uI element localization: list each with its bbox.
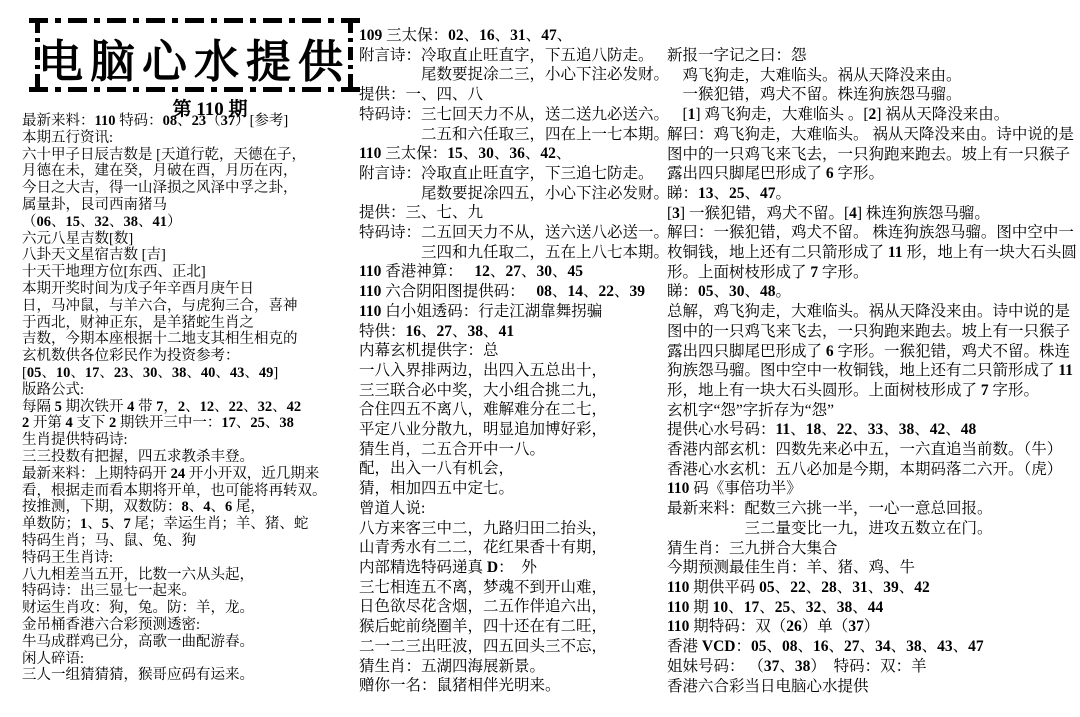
text-line: 狗族怨马骝。图中空中一枚铜钱，地上还有二只箭形成了 11 xyxy=(667,361,1077,381)
column-right: 新报一字记之曰：怨 鸡飞狗走，大难临头。祸从天降没来由。 一猴犯错，鸡犬不留。株… xyxy=(667,46,1077,696)
text-line: 十天干地理方位[东西、正北] xyxy=(22,264,360,281)
text-line: 睇：13、25、47。 xyxy=(667,184,1077,204)
text-line: 特码生肖；马、鼠、兔、狗 xyxy=(22,533,360,550)
text-line: 最新来料：配数三六挑一半，一心一意总回报。 xyxy=(667,499,1077,519)
text-line: 一猴犯错，鸡犬不留。株连狗族怨马骝。 xyxy=(667,85,1077,105)
text-line: 猜生肖，二五合开中一八。 xyxy=(359,440,667,460)
text-line: 最新来料：上期特码开 24 开小开双，近几期来 xyxy=(22,466,360,483)
lottery-tip-sheet-page: 电脑心水提供 第 110 期 最新来料：110 特码：08、23（37）[参考]… xyxy=(0,0,1080,717)
text-line: 图中的一只鸡飞来飞去，一只狗跑来跑去。坡上有一只猴子 xyxy=(667,322,1077,342)
text-line: 110 六合阴阳图提供码： 08、14、22、39 xyxy=(359,282,667,302)
text-line: 生肖提供特码诗: xyxy=(22,432,360,449)
text-line: 110 期供平码 05、22、28、31、39、42 xyxy=(667,578,1077,598)
text-line: 日色欲尽花含烟，二五作伴追六出， xyxy=(359,597,667,617)
text-line: 特码诗：出三显七一起来。 xyxy=(22,583,360,600)
text-line: 露出四只脚尾巴形成了 6 字形。 xyxy=(667,164,1077,184)
text-line: 解曰：一猴犯错，鸡犬不留。 株连狗族怨马骝。图中空中一 xyxy=(667,223,1077,243)
text-line: 猜生肖：五湖四海展新景。 xyxy=(359,657,667,677)
text-line: 今日之大吉，得一山泽损之风泽中孚之卦， xyxy=(22,180,360,197)
text-line: 110 期 10、17、25、32、38、44 xyxy=(667,598,1077,618)
column-middle: 109 三太保：02、16、31、47、附言诗：冷取直止旺直字，下五追八防走。 … xyxy=(359,26,667,696)
text-line: 香港内部玄机：四数先来必中五，一六直追当前数。（牛） xyxy=(667,440,1077,460)
text-line: 枚铜钱，地上还有二只箭形成了 11 形，地上有一块大石头圆 xyxy=(667,243,1077,263)
text-line: 姐妹号码： （37、38） 特码：双：羊 xyxy=(667,657,1077,677)
text-line: 本期开奖时间为戊子年辛酉月庚午日 xyxy=(22,281,360,298)
text-line: 内幕玄机提供字：总 xyxy=(359,341,667,361)
text-line: 每隔 5 期次铁开 4 带 7，2、12、22、32、42 xyxy=(22,399,360,416)
text-line: 猴后蛇前绕圈羊，四十还在有二旺， xyxy=(359,617,667,637)
text-line: 2 开第 4 支下 2 期铁开三中一：17、25、38 xyxy=(22,415,360,432)
text-line: 形，地上有一块大石头圆形。上面树枝形成了 7 字形。 xyxy=(667,381,1077,401)
text-line: 110 期特码：双（26）单（37） xyxy=(667,617,1077,637)
masthead-title: 电脑心水提供 xyxy=(35,18,353,92)
text-line: 109 三太保：02、16、31、47、 xyxy=(359,26,667,46)
masthead-box: 电脑心水提供 xyxy=(35,18,353,92)
text-line: 110 码《事倍功半》 xyxy=(667,479,1077,499)
text-line: [05、10、17、23、30、38、40、43、49] xyxy=(22,365,360,382)
text-line: 新报一字记之曰：怨 xyxy=(667,46,1077,66)
text-line: 香港六合彩当日电脑心水提供 xyxy=(667,677,1077,697)
text-line: 三三联合必中奖，大小组合挑二九， xyxy=(359,381,667,401)
text-line: 猜生肖：三九拼合大集合 xyxy=(667,539,1077,559)
text-line: 本期五行资讯: xyxy=(22,130,360,147)
text-line: 今期预测最佳生肖：羊、猪、鸡、牛 xyxy=(667,558,1077,578)
text-line: 配，出入一八有机会， xyxy=(359,459,667,479)
text-line: 睇：05、30、48。 xyxy=(667,282,1077,302)
text-line: 于西北，财神正东，是羊猪蛇生肖之 xyxy=(22,315,360,332)
text-line: 闲人碎语: xyxy=(22,651,360,668)
text-line: 赠你一名：鼠猪相伴光明来。 xyxy=(359,676,667,696)
text-line: 形。上面树枝形成了 7 字形。 xyxy=(667,263,1077,283)
text-line: 图中的一只鸡飞来飞去，一只狗跑来跑去。坡上有一只猴子 xyxy=(667,145,1077,165)
text-line: 玄机数供各位彩民作为投资参考： xyxy=(22,348,360,365)
text-line: 单数防；1、5、7 尾；幸运生肖；羊、猪、蛇 xyxy=(22,516,360,533)
text-line: 平定八业分散九，明显追加博好彩， xyxy=(359,420,667,440)
text-line: 最新来料：110 特码：08、23（37）[参考] xyxy=(22,113,360,130)
text-line: 玄机字“怨”字折存为“怨” xyxy=(667,401,1077,421)
text-line: 六十甲子日辰吉数是 [天道行乾，天德在子， xyxy=(22,147,360,164)
text-line: 八方来客三中二，九路归田二抬头， xyxy=(359,519,667,539)
text-line: 解曰：鸡飞狗走，大难临头。 祸从天降没来由。诗中说的是 xyxy=(667,125,1077,145)
text-line: 属量卦，艮司西南猪马 xyxy=(22,197,360,214)
text-line: 特供：16、27、38、41 xyxy=(359,322,667,342)
text-line: [3] 一猴犯错，鸡犬不留。[4] 株连狗族怨马骝。 xyxy=(667,204,1077,224)
text-line: 八卦天文星宿吉数 [吉] xyxy=(22,247,360,264)
text-line: （06、15、32、38、41） xyxy=(22,214,360,231)
text-line: 特码诗：三七回天力不从，送二送九必送六。 xyxy=(359,105,667,125)
text-line: 香港心水玄机：五八必加是今期，本期码落二六开。（虎） xyxy=(667,460,1077,480)
text-line: 附言诗：冷取直止旺直字，下五追八防走。 xyxy=(359,46,667,66)
text-line: 香港 VCD：05、08、16、27、34、38、43、47 xyxy=(667,637,1077,657)
text-line: 提供心水号码：11、18、22、33、38、42、48 xyxy=(667,420,1077,440)
text-line: 尾数要捉凃二三，小心下注必发财。 xyxy=(359,65,667,85)
text-line: 三二量变比一九，进攻五数立在门。 xyxy=(667,519,1077,539)
text-line: 110 三太保：15、30、36、42、 xyxy=(359,144,667,164)
text-line: 一八入界排两边，出四入五总出十， xyxy=(359,361,667,381)
text-line: 八九相差当五开，比数一六从头起， xyxy=(22,567,360,584)
text-line: 合住四五不离八，难解难分在二七， xyxy=(359,400,667,420)
text-line: 按推测，下期，双数防：8、4、6 尾， xyxy=(22,499,360,516)
text-line: 金吊桶香港六合彩预测透密: xyxy=(22,617,360,634)
text-line: 猜，相加四五中定七。 xyxy=(359,479,667,499)
text-line: 尾数要捉凃四五，小心下注必发财。 xyxy=(359,184,667,204)
column-left: 最新来料：110 特码：08、23（37）[参考]本期五行资讯:六十甲子日辰吉数… xyxy=(22,113,360,684)
text-line: 露出四只脚尾巴形成了 6 字形。一猴犯错，鸡犬不留。株连 xyxy=(667,342,1077,362)
text-line: 内部精选特码递真 D： 外 xyxy=(359,558,667,578)
text-line: 二一二三出旺波，四五回头三不忘， xyxy=(359,637,667,657)
text-line: 特码诗：二五回天力不从，送六送八必送一。 xyxy=(359,223,667,243)
text-line: 110 香港神算： 12、27、30、45 xyxy=(359,262,667,282)
text-line: 看，根据走而看本期将开单，也可能将再转双。 xyxy=(22,483,360,500)
text-line: 牛马成群鸡已分，高歌一曲配游春。 xyxy=(22,634,360,651)
text-line: 三三投数有把握，四五求教杀丰登。 xyxy=(22,449,360,466)
text-line: 110 白小姐透码：行走江湖靠舞拐骗 xyxy=(359,302,667,322)
text-line: 提供：三、七、九 xyxy=(359,203,667,223)
text-line: 日，马冲鼠，与羊六合，与虎狗三合，喜神 xyxy=(22,298,360,315)
text-line: [1] 鸡飞狗走，大难临头 。[2] 祸从天降没来由。 xyxy=(667,105,1077,125)
text-line: 附言诗：冷取直止旺直字，下三追七防走。 xyxy=(359,164,667,184)
text-line: 二五和六任取三，四在上一七本期。 xyxy=(359,125,667,145)
text-line: 吉数，今期本座根据十二地支其相生相克的 xyxy=(22,331,360,348)
text-line: 总解，鸡飞狗走，大难临头。祸从天降没来由。诗中说的是 xyxy=(667,302,1077,322)
text-line: 六元八星吉数[数] xyxy=(22,231,360,248)
text-line: 特码王生肖诗: xyxy=(22,550,360,567)
text-line: 曾道人说: xyxy=(359,499,667,519)
text-line: 提供：一、四、八 xyxy=(359,85,667,105)
text-line: 山青秀水有二二，花红果香十有期， xyxy=(359,538,667,558)
text-line: 三四和九任取二，五在上八七本期。 xyxy=(359,243,667,263)
text-line: 版路公式: xyxy=(22,382,360,399)
text-line: 鸡飞狗走，大难临头。祸从天降没来由。 xyxy=(667,66,1077,86)
text-line: 财运生肖攻：狗，兔。防：羊，龙。 xyxy=(22,600,360,617)
text-line: 三七相连五不离，梦魂不到开山难， xyxy=(359,578,667,598)
text-line: 月德在未，建在癸，月破在酉，月历在丙， xyxy=(22,163,360,180)
text-line: 三人一组猜猜猜，猴哥应码有运来。 xyxy=(22,667,360,684)
